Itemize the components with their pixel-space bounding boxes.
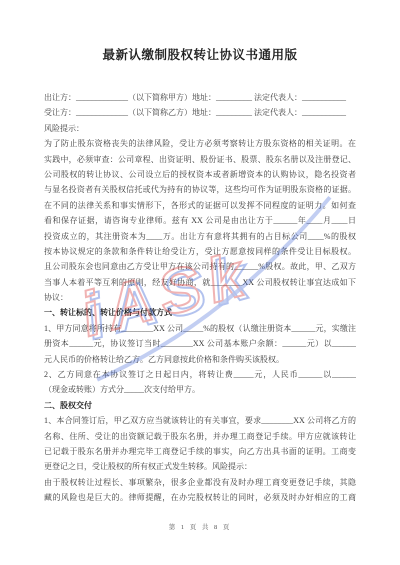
doc-line: 更登记之日，受让股权的所有权正式发生转移。风险提示： <box>44 459 356 474</box>
doc-line: 在不同的法律关系和事实情形下，各形式的证据可以发挥不同程度的证明力。如何查 <box>44 198 356 213</box>
doc-line: 1、甲方同意将所持有________XX 公司_____%的股权（认缴注册资本_… <box>44 321 356 336</box>
doc-line: 二、股权交付 <box>44 398 356 413</box>
page-title: 最新认缴制股权转让协议书通用版 <box>0 0 400 64</box>
doc-line: 为了防止股东资格丧失的法律风险，受让方必须考察转让方股东资格的相关证明。在 <box>44 136 356 151</box>
doc-line: 藏的风险也是巨大的。律师提醒，在办完股权转让的同时，必须及时办好相应的工商 <box>44 490 356 505</box>
doc-line: 1、本合同签订后，甲乙双方应当就该转让的有关事宜，要求________XX 公司… <box>44 413 356 428</box>
doc-line: 实践中，必须审查：公司章程、出资证明、股份证书、股票、股东名册以及注册登记、 <box>44 152 356 167</box>
doc-line: 一、转让标的、转让价格与付款方式 <box>44 305 356 320</box>
doc-line: 出让方：_____________（以下简称甲方）地址：_________ 法定… <box>44 90 356 105</box>
doc-line: （现金或转账）方式分_____次支付给甲方。 <box>44 382 356 397</box>
doc-line: 已记载于股东名册并办理完毕工商登记手续的事实，向乙方出具书面的证明。工商变 <box>44 444 356 459</box>
doc-line: 当事人本着平等互利的原则，经友好协商，就________XX 公司股权转让事宜达… <box>44 275 356 290</box>
doc-line: 与显名投资者有关股权信托或代为持有的协议等，这些均可作为证明股东资格的证据。 <box>44 182 356 197</box>
doc-lines: 出让方：_____________（以下简称甲方）地址：_________ 法定… <box>44 90 356 506</box>
doc-line: 名称、住所、受让的出资额记载于股东名册，并办理工商登记手续。甲方应就该转让 <box>44 429 356 444</box>
doc-line: 公司股权的转让协议、公司设立后的授权资本或者新增资本的认购协议，隐名投资者 <box>44 167 356 182</box>
doc-line: 元人民币的价格转让给乙方。乙方同意按此价格和条件购买该股权。 <box>44 352 356 367</box>
doc-line: 按本协议规定的条款和条件转让给受让方，受让方愿意按同样的条件受让目标股权。 <box>44 244 356 259</box>
doc-line: 受让方：_____________（以下简称乙方）地址：_________ 法定… <box>44 105 356 120</box>
doc-line: 2、乙方同意在本协议签订之日起日内，将转让费_____元，人民币______以_… <box>44 367 356 382</box>
doc-line: 风险提示： <box>44 121 356 136</box>
document-page: 最新认缴制股权转让协议书通用版 出让方：_____________（以下简称甲方… <box>0 0 400 565</box>
doc-line: 由于股权转让过程长、事项繁杂，很多企业都没有及时办理工商变更登记手续，其隐 <box>44 475 356 490</box>
doc-line: 看和保存证据，请咨询专业律师。兹有 XX 公司是由出让方于______年____… <box>44 213 356 228</box>
doc-line: 且公司股东会也同意由乙方受让甲方在该公司持有的______%股权。故此，甲、乙双… <box>44 259 356 274</box>
doc-line: 册资本______元，协议签订当时________XX 公司基本账户余额：___… <box>44 336 356 351</box>
doc-line: 投资成立的，其注册资本为____万。出让方有意将其拥有的占目标公司____%的股… <box>44 229 356 244</box>
page-number: 第 1 页 共 8 页 <box>0 522 400 531</box>
doc-line: 协议： <box>44 290 356 305</box>
